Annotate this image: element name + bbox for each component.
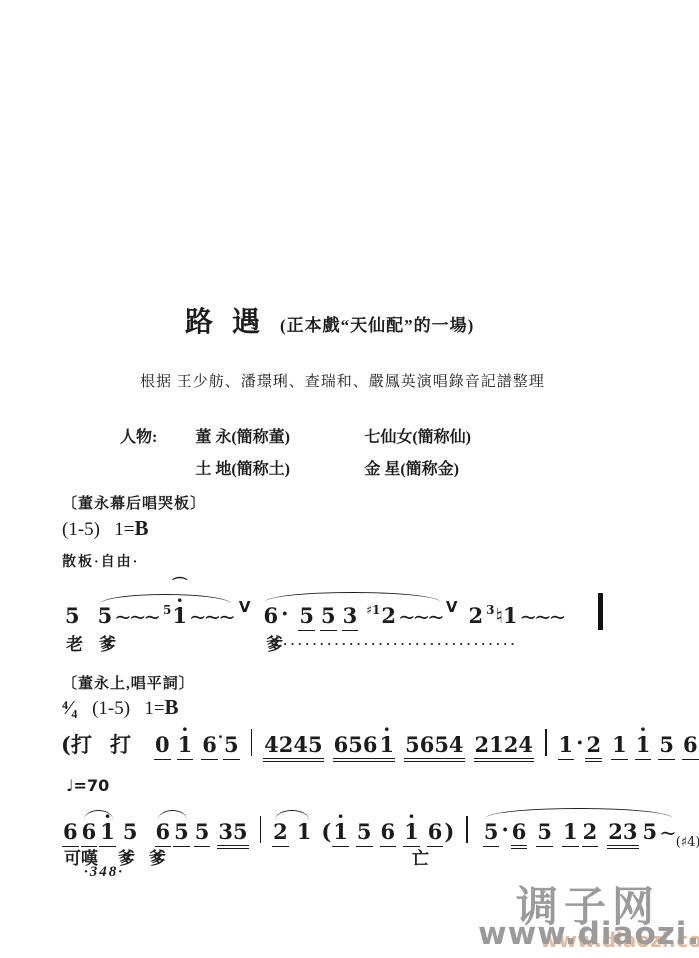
key-eq: 1= [144, 698, 164, 719]
cast-entry: 董 永(簡称董) [195, 424, 360, 447]
key-signature-1: (1-5) 1=B [62, 516, 148, 541]
cast-row-1: 人物: 董 永(簡称董) 七仙女(簡称仙) [120, 424, 471, 447]
cast-row-2: 人物: 土 地(簡称土) 金 星(簡称金) [120, 456, 459, 479]
transposition-range: (1-5) [62, 519, 100, 540]
cast-entry: 金 星(簡称金) [364, 456, 459, 479]
title-row: 路 遇(正本戲“天仙配”的一場) [185, 300, 474, 340]
key-note: B [134, 516, 148, 540]
cast-label: 人物: [120, 429, 157, 446]
title-subtitle: (正本戲“天仙配”的一場) [280, 316, 474, 335]
time-signature: ⁴⁄₄ [62, 697, 77, 719]
page-number: ·348· [84, 864, 124, 881]
cast-entry: 七仙女(簡称仙) [364, 424, 471, 447]
tempo-marking-1: 散板·自由· [62, 551, 139, 571]
transposition-range: (1-5) [92, 698, 130, 719]
credits-line: 根据 王少舫、潘璟琍、查瑞和、嚴鳳英演唱錄音記譜整理 [140, 370, 545, 391]
score-page: 路 遇(正本戲“天仙配”的一場) 根据 王少舫、潘璟琍、查瑞和、嚴鳳英演唱錄音記… [0, 0, 699, 958]
stage-direction-1: 〔董永幕后唱哭板〕 [62, 492, 206, 513]
cast-entry: 土 地(簡称土) [195, 456, 360, 479]
score-line-1: 55~~~51~~~V6·553♯12~~~V23♮1~~~ [64, 592, 603, 640]
key-signature-2: ⁴⁄₄ (1-5) 1=B [62, 695, 179, 720]
metronome-marking: ♩=70 [66, 776, 109, 795]
key-note: B [165, 695, 179, 719]
page-title: 路 遇 [185, 307, 266, 338]
stage-direction-2: 〔董永上,唱平詞〕 [62, 672, 195, 693]
key-eq: 1= [114, 519, 134, 540]
lyrics-line-1: 老爹爹································ [66, 634, 518, 655]
score-line-2: (打打016·542456561565421241·2115616) [60, 728, 699, 776]
watermark-site-url: www.diaozi.com [478, 916, 699, 952]
